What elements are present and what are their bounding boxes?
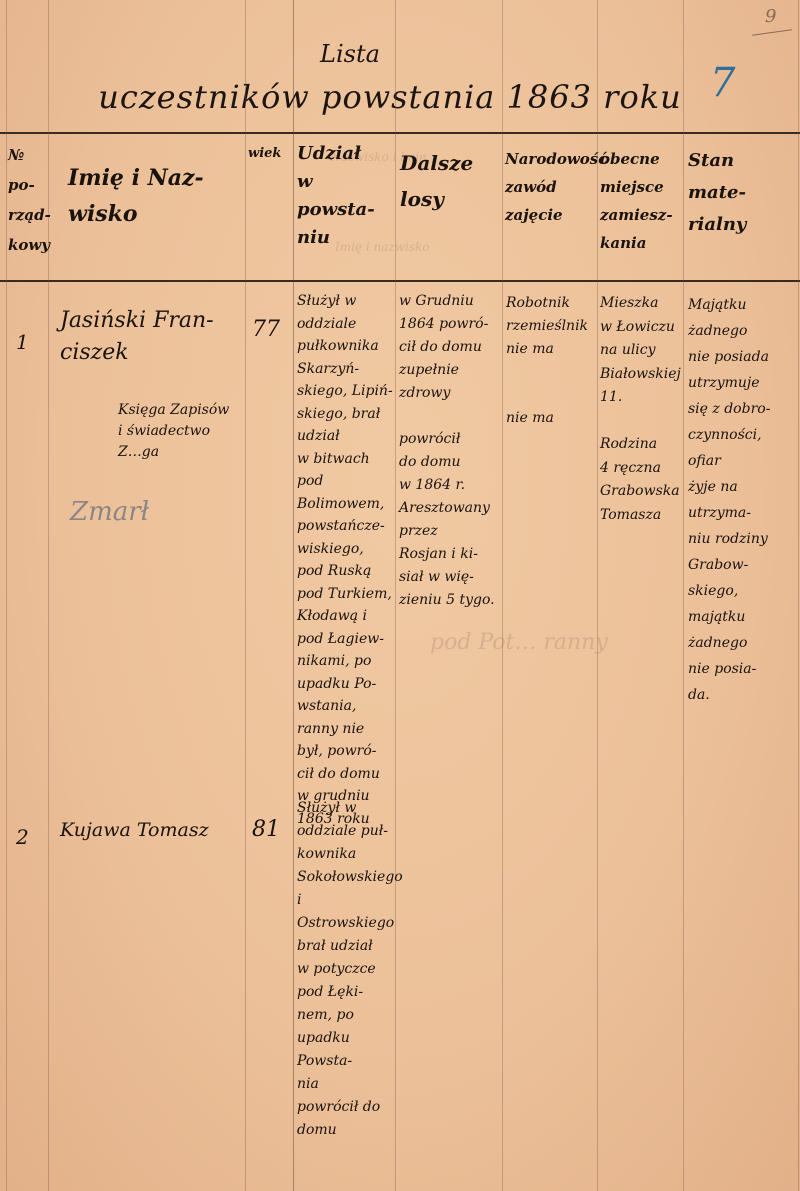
- person-age: 77: [252, 318, 280, 342]
- blue-pencil-mark: 7: [710, 60, 735, 106]
- material-status-text: Majątku żadnego nie posiada utrzymuje si…: [688, 292, 798, 708]
- column-rule: [395, 0, 396, 1191]
- occupation-text: Robotnik rzemieślnik nie ma nie ma: [506, 292, 598, 430]
- register-page: 9 Lista uczestników powstania 1863 roku …: [0, 0, 800, 1191]
- header-occupation: Narodowość zawód zajęcie: [505, 145, 597, 229]
- person-name: Jasiński Fran- ciszek: [60, 305, 245, 369]
- fate-text: w Grudniu 1864 powró- cił do domu zupełn…: [399, 290, 501, 612]
- column-rule: [48, 0, 49, 1191]
- column-rule: [245, 0, 246, 1191]
- header-status: Stan mate- rialny: [688, 145, 796, 241]
- person-name: Kujawa Tomasz: [60, 818, 245, 842]
- participation-text: Służył w oddziale pułkownika Skarzyń- sk…: [297, 290, 395, 830]
- column-rule: [293, 0, 294, 1191]
- table-top-rule: [0, 132, 800, 134]
- column-rule: [6, 0, 7, 1191]
- title-line-1: Lista: [0, 40, 750, 68]
- column-rule: [683, 0, 684, 1191]
- header-participation: Udział w powsta- niu: [297, 140, 392, 252]
- column-rule: [502, 0, 503, 1191]
- header-fate: Dalsze losy: [400, 145, 500, 217]
- header-bottom-rule: [0, 280, 800, 282]
- row-number: 1: [16, 330, 29, 354]
- bleed-through-text: pod Pot… ranny: [430, 630, 608, 655]
- column-rule: [597, 0, 598, 1191]
- page-number-underline: [752, 29, 792, 36]
- header-age: wiek: [248, 140, 293, 168]
- pencil-annotation: Zmarł: [70, 500, 149, 524]
- header-residence: obecne miejsce zamiesz- kania: [600, 145, 683, 257]
- participation-text: Służył w oddziale puł- kownika Sokołowsk…: [297, 797, 395, 1142]
- name-note: Księga Zapisów i świadectwo Z…ga: [118, 400, 248, 463]
- person-age: 81: [252, 818, 280, 842]
- residence-text: Mieszka w Łowiczu na ulicy Białowskiej 1…: [600, 292, 684, 527]
- column-rule: [798, 0, 799, 1191]
- row-number: 2: [16, 825, 29, 849]
- header-name: Imię i Naz- wisko: [68, 160, 243, 232]
- header-no: № po- rząd- kowy: [8, 140, 48, 260]
- page-number: 9: [765, 6, 776, 27]
